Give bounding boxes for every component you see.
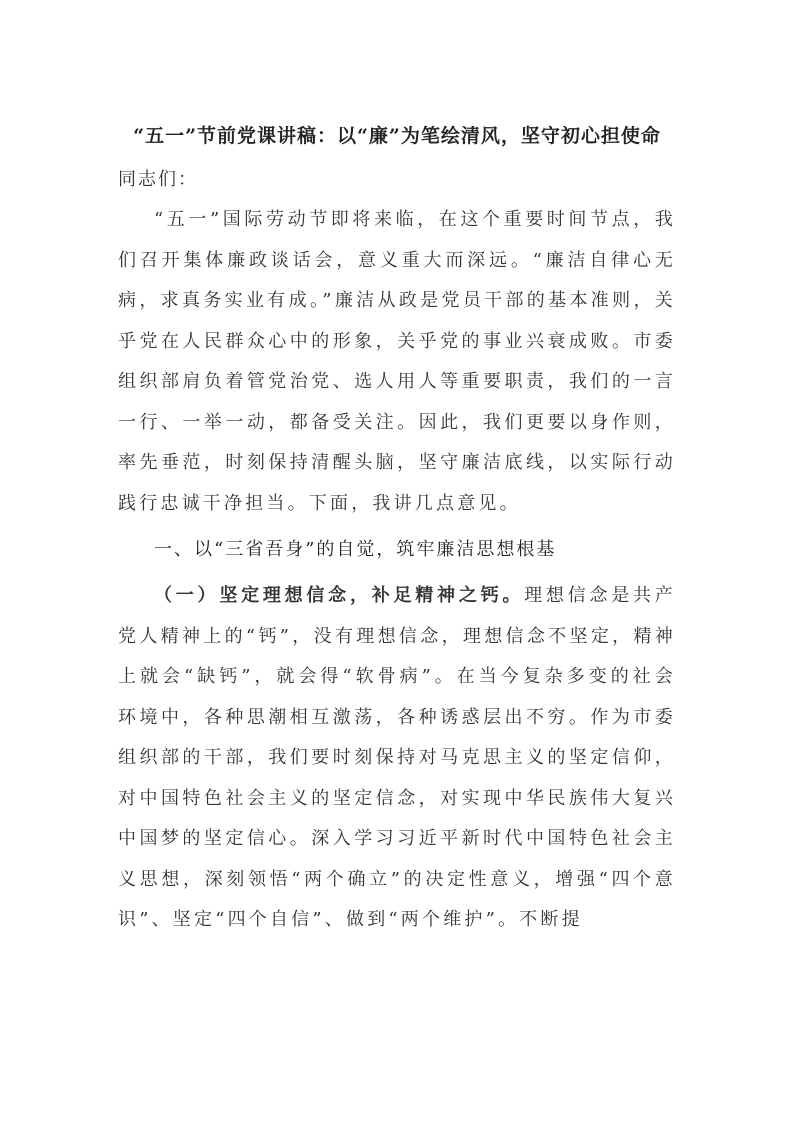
subsection-1-paragraph: （一）坚定理想信念，补足精神之钙。理想信念是共产党人精神上的“钙”，没有理想信念… xyxy=(118,576,676,941)
subsection-1-heading: （一）坚定理想信念，补足精神之钙。 xyxy=(154,585,524,606)
subsection-1-body: 理想信念是共产党人精神上的“钙”，没有理想信念，理想信念不坚定，精神上就会“缺钙… xyxy=(118,585,676,930)
section-1-heading: 一、以“三省吾身”的自觉，筑牢廉洁思想根基 xyxy=(118,530,676,570)
document-title: “五一”节前党课讲稿：以“廉”为笔绘清风，坚守初心担使命 xyxy=(118,116,676,156)
intro-paragraph: “五一”国际劳动节即将来临，在这个重要时间节点，我们召开集体廉政谈话会，意义重大… xyxy=(118,200,676,524)
document-page: “五一”节前党课讲稿：以“廉”为笔绘清风，坚守初心担使命 同志们： “五一”国际… xyxy=(118,116,676,941)
salutation: 同志们： xyxy=(118,160,676,200)
